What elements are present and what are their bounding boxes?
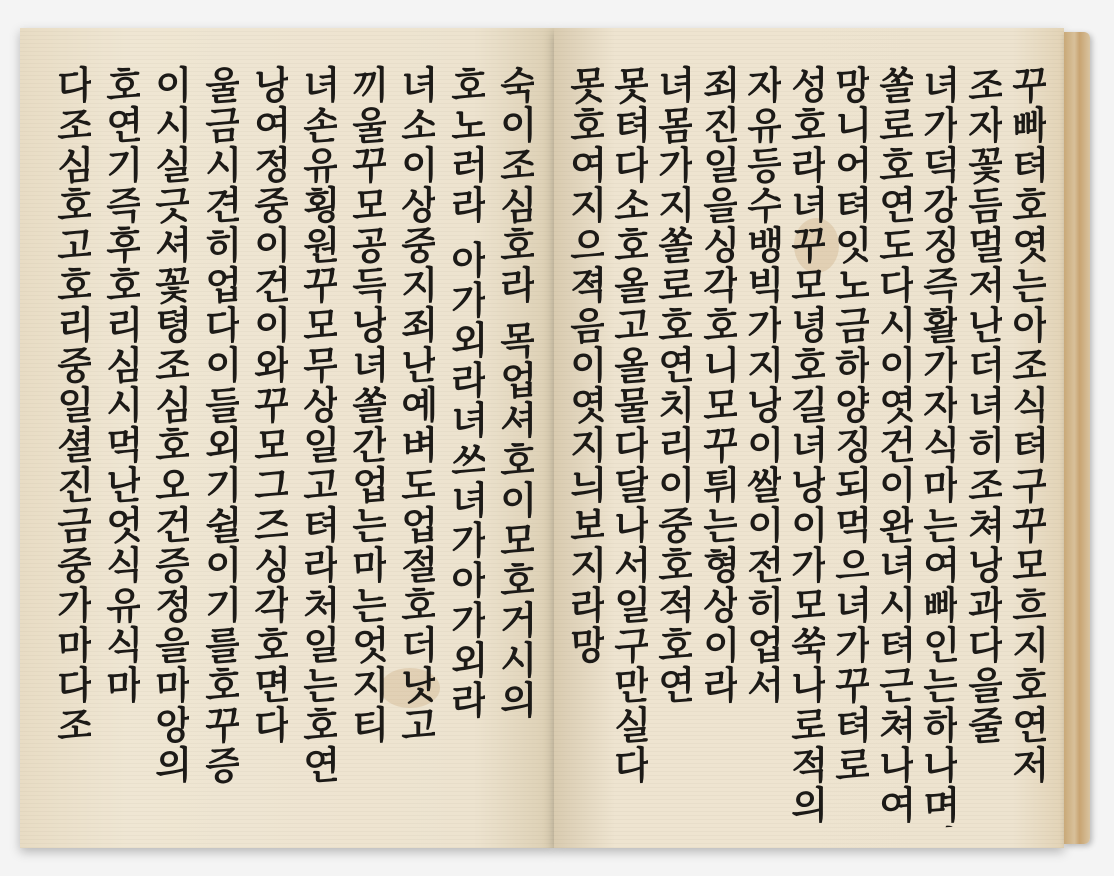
left-page: 숙이조심호라 목업셔호이모호거시의 호노러라 아가외라녀쓰녀가아가외라 녀소이상… [20, 28, 554, 848]
text-column: 이시실긋셔꽃텽조심호오건증정을마앙의 [140, 64, 189, 829]
text-column: 성호라녀꾸모녕호길녀낭이가모쑥나로적의 [781, 64, 825, 829]
text-column: 끼울꾸모공득낭녀쏠간업는마는엇지티 [337, 64, 386, 829]
right-page-text: 꾸빠텨호엿는아조식텨구꾸모흐지호연저 조자꽃듬멀저난더녀히조쳐낭과다을줄 녀가덕… [560, 66, 1046, 828]
text-column: 호연기즉후호리심시먹난엇식유식마 [91, 64, 140, 829]
text-column: 녀소이상중지죄난예벼도업절호더낫고 [386, 64, 435, 829]
text-column: 호노러라 아가외라녀쓰녀가아가외라 [436, 64, 485, 829]
text-column: 쏠로호연도다시이엿건이완녀시텨근쳐나여 [869, 64, 913, 829]
text-column: 꾸빠텨호엿는아조식텨구꾸모흐지호연저 [1002, 64, 1046, 829]
text-column: 녀손유횡원꾸모무상일고텨라처일는호연 [288, 64, 337, 829]
text-column: 망니어텨잇노금하양징되먹으녀가꾸텨로 [825, 64, 869, 829]
text-column: 녀가덕강징즉활가자식마는여빠인는하나며날 [913, 64, 957, 829]
text-column: 울금시견히업다이들외기쉴이기를호꾸증 [190, 64, 239, 829]
left-page-text: 숙이조심호라 목업셔호이모호거시의 호노러라 아가외라녀쓰녀가아가외라 녀소이상… [42, 66, 534, 828]
text-column: 못텨다소호올고올물다달나서일구만실다 [604, 64, 648, 829]
text-column: 죄진일을싱각호니모꾸튀는형상이라 [693, 64, 737, 829]
text-column: 숙이조심호라 목업셔호이모호거시의 [485, 64, 534, 829]
text-column: 낭여정중이건이와꾸모그즈싱각호면다 [239, 64, 288, 829]
open-book: 숙이조심호라 목업셔호이모호거시의 호노러라 아가외라녀쓰녀가아가외라 녀소이상… [20, 28, 1094, 848]
right-page: 꾸빠텨호엿는아조식텨구꾸모흐지호연저 조자꽃듬멀저난더녀히조쳐낭과다을줄 녀가덕… [554, 28, 1064, 848]
page-edges [1064, 32, 1090, 844]
text-column: 녀몸가지쏠로호연치리이중호적호연 [648, 64, 692, 829]
text-column: 다조심호고호리중일셜진금중가마다조 [42, 64, 91, 829]
text-column: 자유등수뱅빅가지낭이쌀이전히업서 [737, 64, 781, 829]
text-column: 못호여지으젹음이엿지늬보지라망 [560, 64, 604, 829]
text-column: 조자꽃듬멀저난더녀히조쳐낭과다을줄 [958, 64, 1002, 829]
